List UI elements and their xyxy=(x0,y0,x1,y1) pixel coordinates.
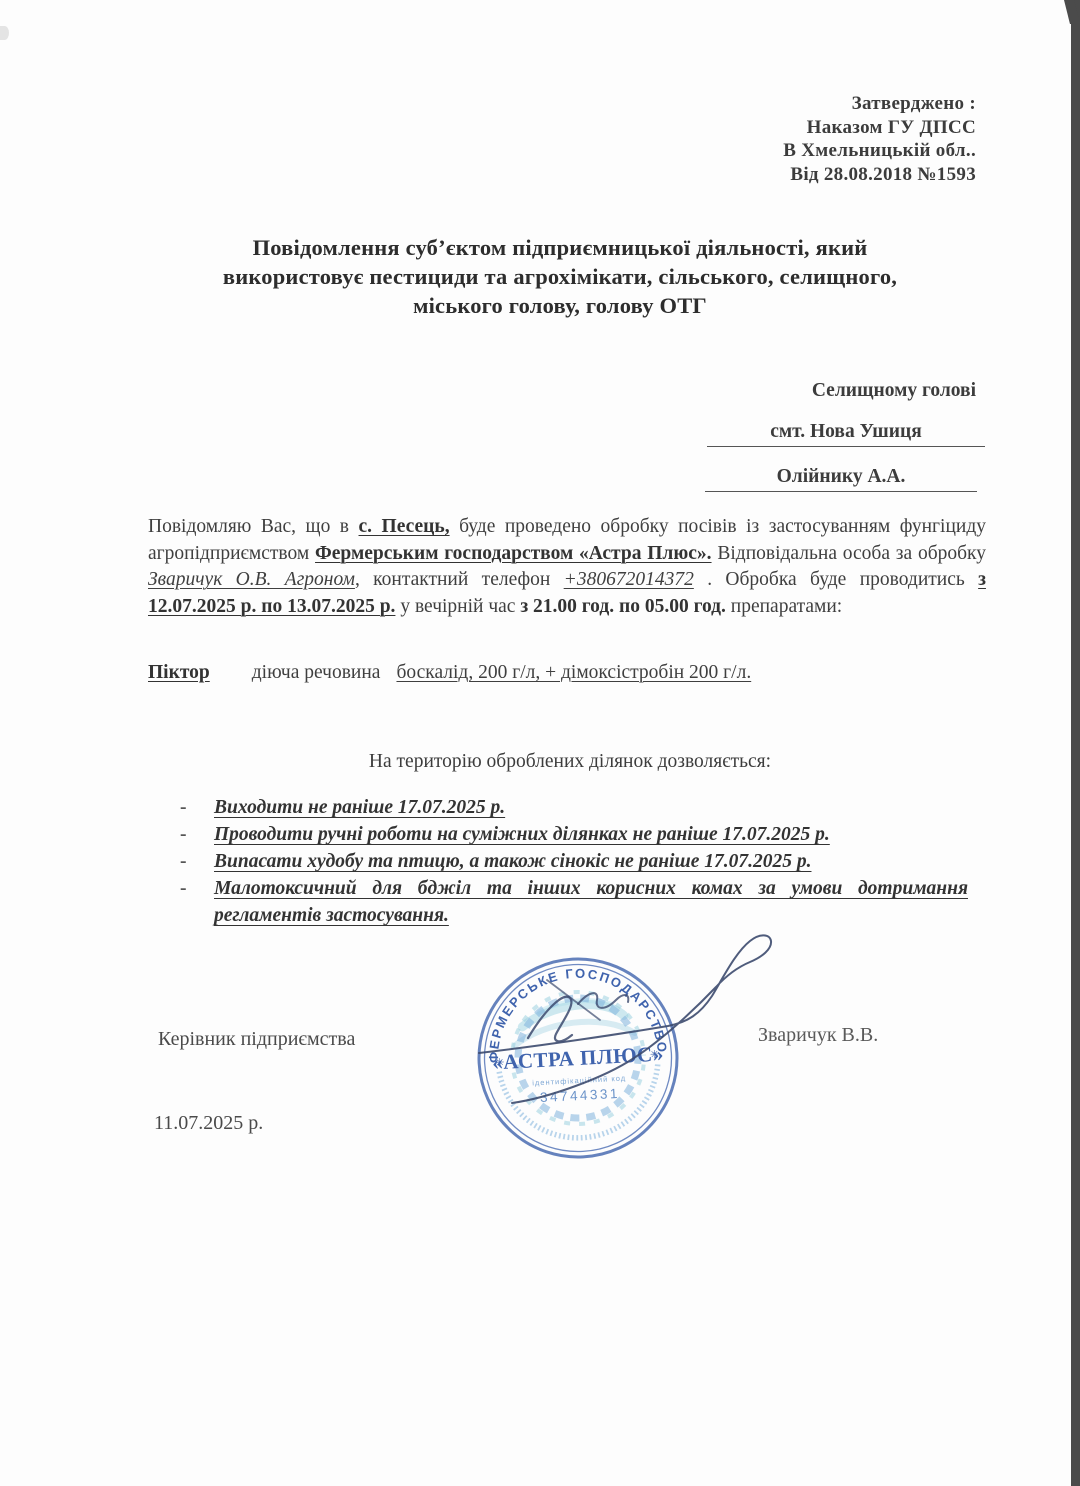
addressee-role: Селищному голові xyxy=(812,380,976,402)
body-text: Відповідальна особа за обробку xyxy=(712,543,986,564)
body-text: препаратами: xyxy=(726,596,842,617)
scanned-document-page: Затверджено : Наказом ГУ ДПСС В Хмельниц… xyxy=(0,0,1080,1486)
document-date: 11.07.2025 р. xyxy=(154,1112,263,1135)
village-name: с. Песець, xyxy=(359,516,450,537)
list-item: - Малотоксичний для бджіл та інших корис… xyxy=(180,875,968,929)
signer-position: Керівник підприємства xyxy=(158,1028,355,1051)
body-paragraph: Повідомляю Вас, що в с. Песець, буде про… xyxy=(148,514,986,620)
body-text: . Обробка буде проводитись xyxy=(694,569,978,590)
scan-corner-smudge xyxy=(0,26,9,40)
approval-line: Наказом ГУ ДПСС xyxy=(783,116,976,140)
title-line: Повідомлення суб’єктом підприємницької д… xyxy=(140,233,980,262)
dash-bullet: - xyxy=(180,821,214,848)
list-item-text: Випасати худобу та птицю, а також сінокі… xyxy=(214,848,968,875)
list-item: - Випасати худобу та птицю, а також сіно… xyxy=(180,848,968,875)
document-title: Повідомлення суб’єктом підприємницької д… xyxy=(140,233,980,320)
list-item-text: Виходити не раніше 17.07.2025 р. xyxy=(214,794,968,821)
list-item-text: Малотоксичний для бджіл та інших корисни… xyxy=(214,875,968,929)
list-item-text: Проводити ручні роботи на суміжних ділян… xyxy=(214,821,968,848)
scan-edge-strip xyxy=(1071,0,1080,1486)
addressee-name: Олійнику А.А. xyxy=(705,466,977,492)
list-item: - Виходити не раніше 17.07.2025 р. xyxy=(180,794,968,821)
pen-signature xyxy=(460,925,800,1125)
dash-bullet: - xyxy=(180,875,214,902)
addressee-settlement: смт. Нова Ушиця xyxy=(707,421,985,447)
body-text: , контактний телефон xyxy=(355,569,564,590)
body-text: у вечірній час xyxy=(395,596,520,617)
pen-signature-graphic xyxy=(460,925,800,1125)
farm-name: Фермерським господарством «Астра Плюс». xyxy=(315,543,712,564)
dash-bullet: - xyxy=(180,848,214,875)
preparation-label: діюча речовина xyxy=(252,662,381,683)
phone-number: +380672014372 xyxy=(564,569,694,590)
preparation-name: Піктор xyxy=(148,662,210,683)
treatment-hours: з 21.00 год. по 05.00 год. xyxy=(520,596,726,617)
responsible-person: Зваричук О.В. Агроном xyxy=(148,569,355,590)
approval-line: Від 28.08.2018 №1593 xyxy=(783,163,976,187)
dash-bullet: - xyxy=(180,794,214,821)
preparation-line: Піктордіюча речовинабоскалід, 200 г/л, +… xyxy=(148,662,751,684)
list-item: - Проводити ручні роботи на суміжних діл… xyxy=(180,821,968,848)
active-substance: боскалід, 200 г/л, + дімоксістробін 200 … xyxy=(396,662,751,683)
body-text: Повідомляю Вас, що в xyxy=(148,516,359,537)
permissions-heading: На територію оброблених ділянок дозволяє… xyxy=(170,751,970,773)
title-line: використовує пестициди та агрохімікати, … xyxy=(140,262,980,291)
title-line: міського голову, голову ОТГ xyxy=(140,291,980,320)
approval-line: Затверджено : xyxy=(783,92,976,116)
approval-block: Затверджено : Наказом ГУ ДПСС В Хмельниц… xyxy=(783,92,976,186)
approval-line: В Хмельницькій обл.. xyxy=(783,139,976,163)
permissions-list: - Виходити не раніше 17.07.2025 р. - Про… xyxy=(180,794,968,929)
